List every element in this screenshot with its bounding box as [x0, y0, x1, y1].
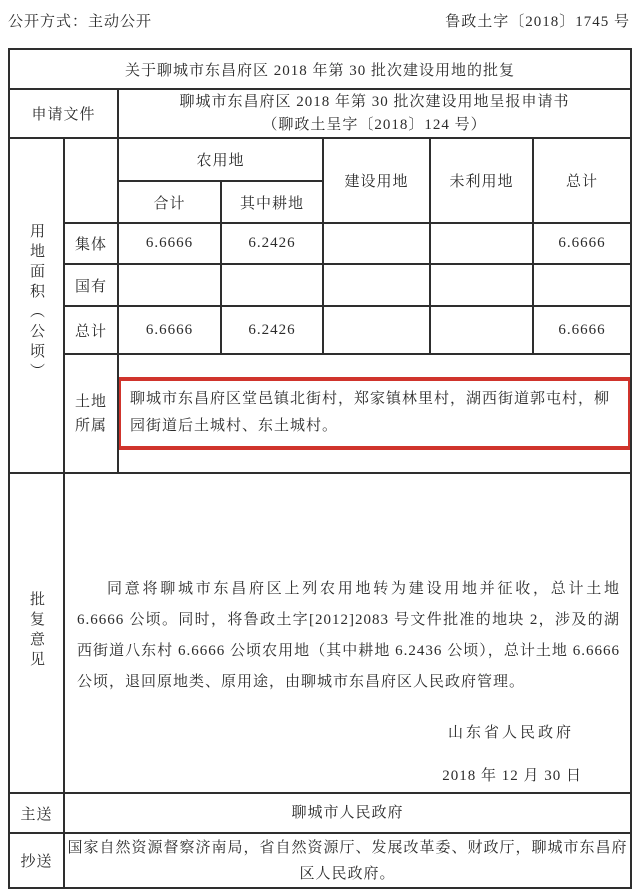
application-file-label: 申请文件	[9, 89, 118, 138]
row-label-collective: 集体	[64, 223, 118, 264]
application-file-line2: （聊政土呈字〔2018〕124 号）	[119, 114, 630, 137]
header-construction-land: 建设用地	[323, 138, 430, 223]
header-subtotal: 合计	[118, 181, 221, 223]
application-file-content: 聊城市东昌府区 2018 年第 30 批次建设用地呈报申请书 （聊政土呈字〔20…	[118, 89, 631, 138]
collective-unused	[430, 223, 533, 264]
total-cultivated: 6.2426	[221, 306, 323, 354]
land-ownership-label-text: 土地所属	[65, 390, 117, 438]
empty-corner-cell	[64, 138, 118, 223]
state-cultivated	[221, 264, 323, 306]
collective-subtotal: 6.6666	[118, 223, 221, 264]
approval-opinion-paragraph: 同意将聊城市东昌府区上列农用地转为建设用地并征收，总计土地 6.6666 公顷。…	[77, 574, 620, 698]
total-total: 6.6666	[533, 306, 631, 354]
document-number: 鲁政土字〔2018〕1745 号	[445, 10, 630, 31]
collective-cultivated: 6.2426	[221, 223, 323, 264]
land-area-group-label-text: 用地面积（公顷）	[26, 223, 47, 383]
header-agricultural-land: 农用地	[118, 138, 323, 181]
total-unused	[430, 306, 533, 354]
table-row-total: 总计 6.6666 6.2426 6.6666	[9, 306, 631, 354]
land-ownership-label: 土地所属	[64, 354, 118, 473]
highlight-box: 聊城市东昌府区堂邑镇北街村，郑家镇林里村，湖西街道郭屯村，柳园街道后土城村、东土…	[118, 377, 631, 450]
total-subtotal: 6.6666	[118, 306, 221, 354]
approval-date: 2018 年 12 月 30 日	[442, 764, 582, 785]
application-file-line1: 聊城市东昌府区 2018 年第 30 批次建设用地呈报申请书	[119, 91, 630, 114]
approval-opinion-label: 批复意见	[9, 473, 64, 793]
row-label-total: 总计	[64, 306, 118, 354]
land-ownership-content: 聊城市东昌府区堂邑镇北街村，郑家镇林里村，湖西街道郭屯村，柳园街道后土城村、东土…	[130, 391, 610, 434]
state-construction	[323, 264, 430, 306]
document-page: 公开方式：主动公开 鲁政土字〔2018〕1745 号 关于聊城市东昌府区 201…	[0, 0, 638, 890]
collective-construction	[323, 223, 430, 264]
cc-label: 抄送	[9, 833, 64, 888]
header-total: 总计	[533, 138, 631, 223]
header-cultivated: 其中耕地	[221, 181, 323, 223]
collective-total: 6.6666	[533, 223, 631, 264]
approval-document-table: 关于聊城市东昌府区 2018 年第 30 批次建设用地的批复 申请文件 聊城市东…	[8, 48, 632, 889]
cc-content: 国家自然资源督察济南局，省自然资源厅、发展改革委、财政厅，聊城市东昌府区人民政府…	[64, 833, 631, 888]
issuing-authority-signature: 山东省人民政府	[448, 721, 574, 742]
header-unused-land: 未利用地	[430, 138, 533, 223]
document-title: 关于聊城市东昌府区 2018 年第 30 批次建设用地的批复	[9, 49, 631, 89]
table-row-state-owned: 国有	[9, 264, 631, 306]
main-recipient-label: 主送	[9, 793, 64, 833]
row-label-state-owned: 国有	[64, 264, 118, 306]
land-area-group-label: 用地面积（公顷）	[9, 138, 64, 473]
approval-opinion-label-text: 批复意见	[26, 591, 47, 671]
main-recipient-content: 聊城市人民政府	[64, 793, 631, 833]
total-construction	[323, 306, 430, 354]
land-ownership-content-cell: 聊城市东昌府区堂邑镇北街村，郑家镇林里村，湖西街道郭屯村，柳园街道后土城村、东土…	[118, 354, 631, 473]
table-row-collective: 集体 6.6666 6.2426 6.6666	[9, 223, 631, 264]
publicity-mode-label: 公开方式：主动公开	[8, 10, 152, 31]
state-subtotal	[118, 264, 221, 306]
state-unused	[430, 264, 533, 306]
approval-opinion-content-cell: 同意将聊城市东昌府区上列农用地转为建设用地并征收，总计土地 6.6666 公顷。…	[64, 473, 631, 793]
document-header: 公开方式：主动公开 鲁政土字〔2018〕1745 号	[0, 0, 638, 31]
state-total	[533, 264, 631, 306]
